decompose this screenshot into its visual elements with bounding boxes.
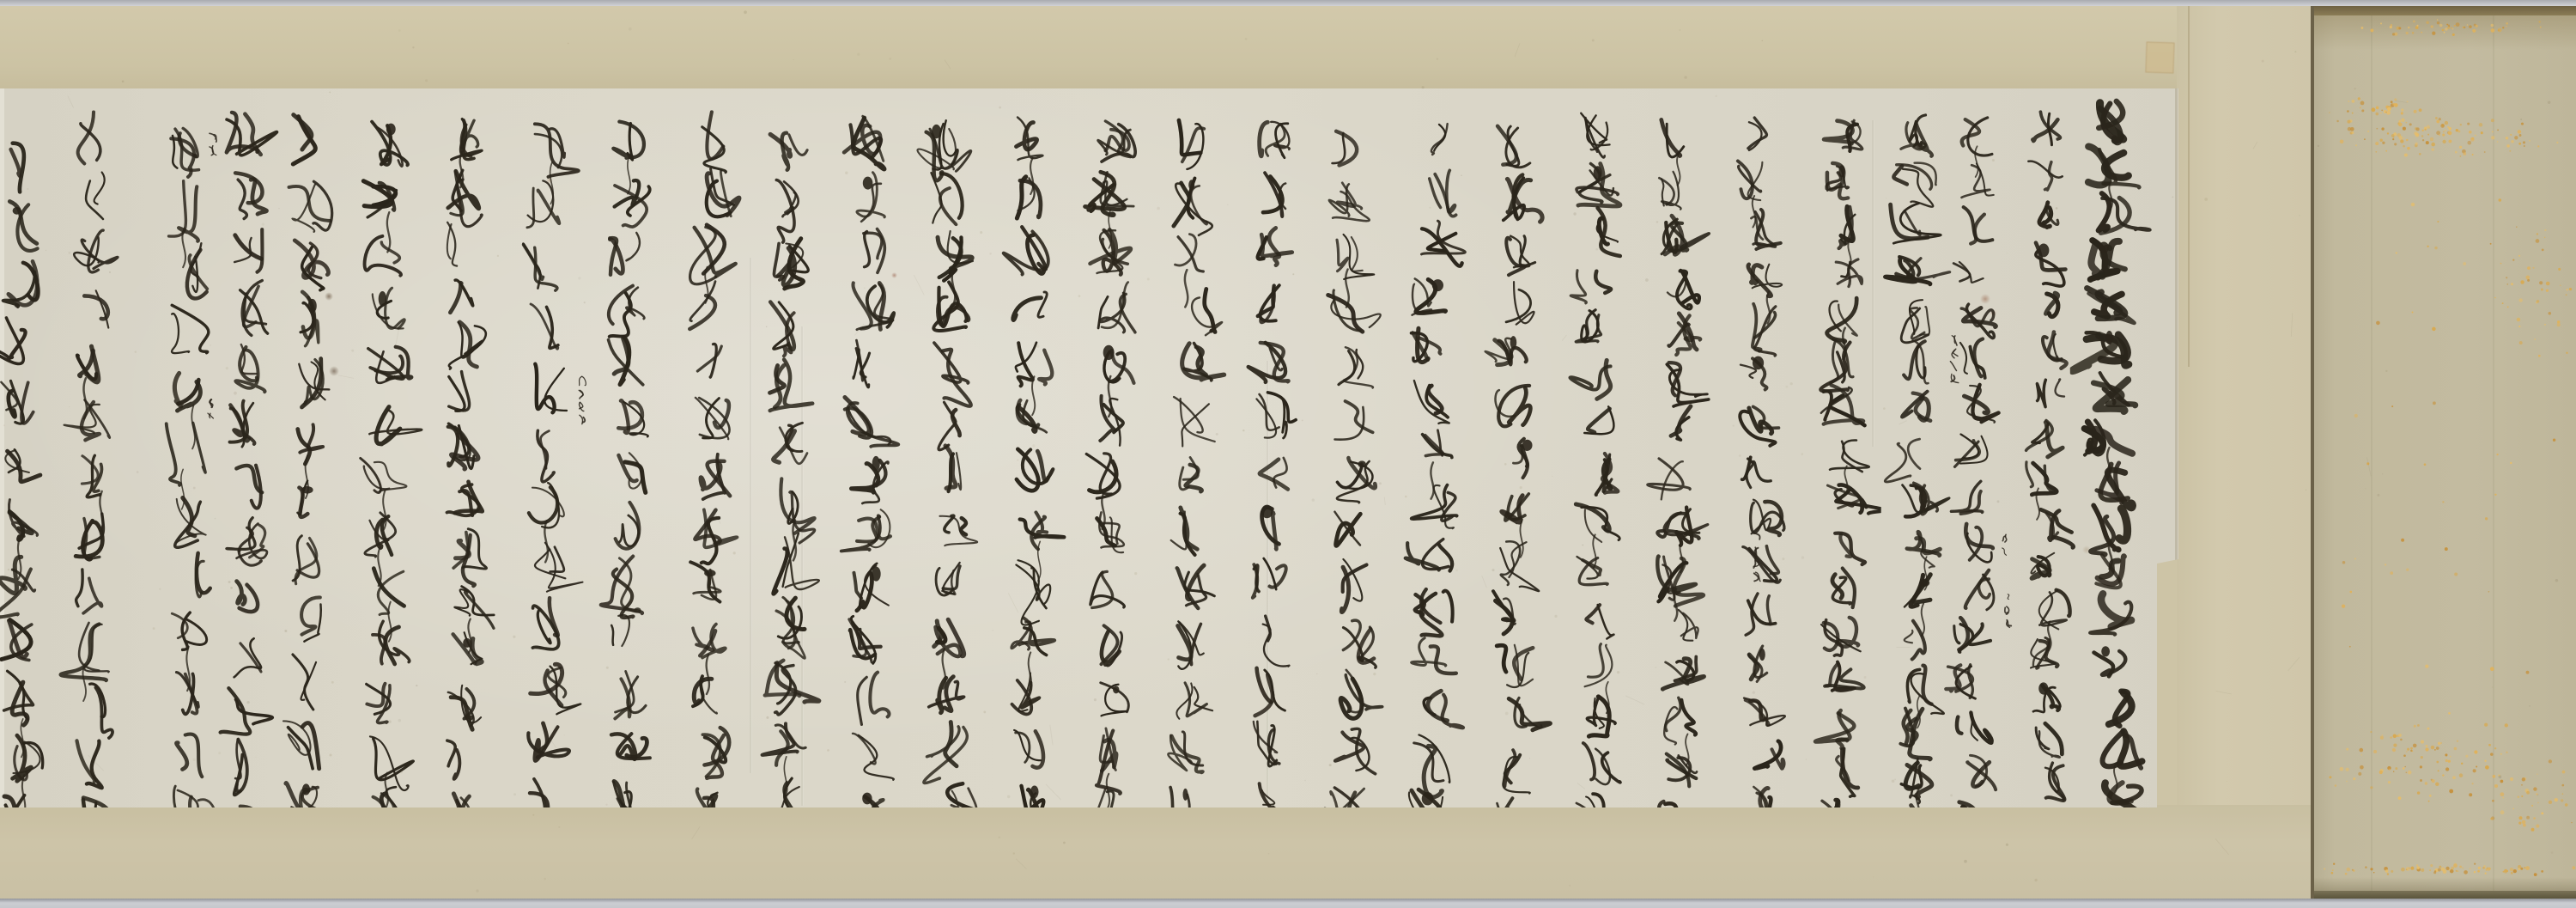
- text-column: 昨日の朝ハ使の者まいり候て: [1074, 96, 1151, 869]
- gold-flecked-end-panel: [2314, 6, 2576, 899]
- furigana-label: シヨウ: [1999, 591, 2016, 637]
- text-column: 言ひ分たちがたく武合十分に: [911, 103, 992, 857]
- text-column: れのちハ写しおのぼせ申候: [0, 122, 59, 878]
- furigana-label: ヒヨウキ: [1748, 531, 1765, 589]
- text-column: しやうことなくも今井中まで: [1157, 101, 1230, 865]
- text-column: つひて紀刕の船将の申すやう: [832, 98, 909, 865]
- text-column: つけ入りやうけて評判の筋を立て: [1641, 101, 1718, 869]
- text-column: こらへにこらへて夜九ツすぎに: [1395, 101, 1476, 866]
- gold-flecks-layer: [2314, 6, 2576, 899]
- text-column: 物の代お侘してくれ候よし: [150, 105, 231, 874]
- text-column: やりつけてやうやく事すみ候: [1315, 103, 1395, 862]
- text-column: 論下ニおよばゞ痛手あらそひとも: [1562, 96, 1636, 865]
- text-column: とまれかくまれ薩刕よりの: [507, 103, 588, 863]
- furigana-label: フキヨウ: [1946, 333, 1963, 392]
- text-column: いさゝか藩論のおもむきにて: [992, 100, 1072, 862]
- text-column: いでぬけのよきやうにあしらはれ: [1722, 94, 1802, 862]
- text-column: 助けもかりて左のみとぞんじ候: [428, 98, 506, 865]
- text-column: 諭し又ほど藩の重役よりも: [753, 101, 827, 861]
- text-column: ゑくとや京へも申やるつもり: [54, 96, 131, 874]
- text-column: 又その荷物の代までとりきめ: [351, 101, 425, 868]
- scanned-handscroll-image: 其後ハ一筆申上候まゝきつゝいおわすうけたまハりしおりおりの事なりしがしかるにまた…: [0, 0, 2576, 908]
- text-column: よし人びとやかましく今朝ハ: [671, 96, 748, 865]
- furigana-label: モツ: [204, 131, 221, 163]
- mount-paper-seam: [2188, 6, 2190, 367]
- text-column: 紀刕の奉行はじめ立あひにて引合い: [1878, 94, 1955, 874]
- letter-sheet: 其後ハ一筆申上候まゝきつゝいおわすうけたまハりしおりおりの事なりしがしかるにまた…: [0, 88, 2178, 807]
- mount-top-band: [0, 6, 2188, 91]
- text-column: 小田原なんどもとりなしにて: [1236, 98, 1313, 856]
- paper-crease: [750, 258, 751, 773]
- text-column: 引合ひにてしばしもらちあかずして: [1804, 98, 1885, 866]
- mount-right-strip: [2177, 6, 2314, 899]
- scan-background-bottom-strip: [0, 899, 2576, 908]
- furigana-label: ハビ: [203, 397, 220, 430]
- furigana-label: セン: [1997, 533, 2014, 565]
- repair-patch: [2145, 41, 2174, 73]
- furigana-label: サツシウ: [574, 375, 591, 433]
- letter-right-edge: [2175, 88, 2178, 563]
- text-column: あひなるべくとぞんじ候へども: [1479, 105, 1557, 874]
- mount-bottom-band: [0, 805, 2314, 899]
- text-column: うけたまハりしおりおりの事なりしが: [2009, 92, 2087, 878]
- text-column: もし大あらそひとなるならば: [588, 100, 669, 860]
